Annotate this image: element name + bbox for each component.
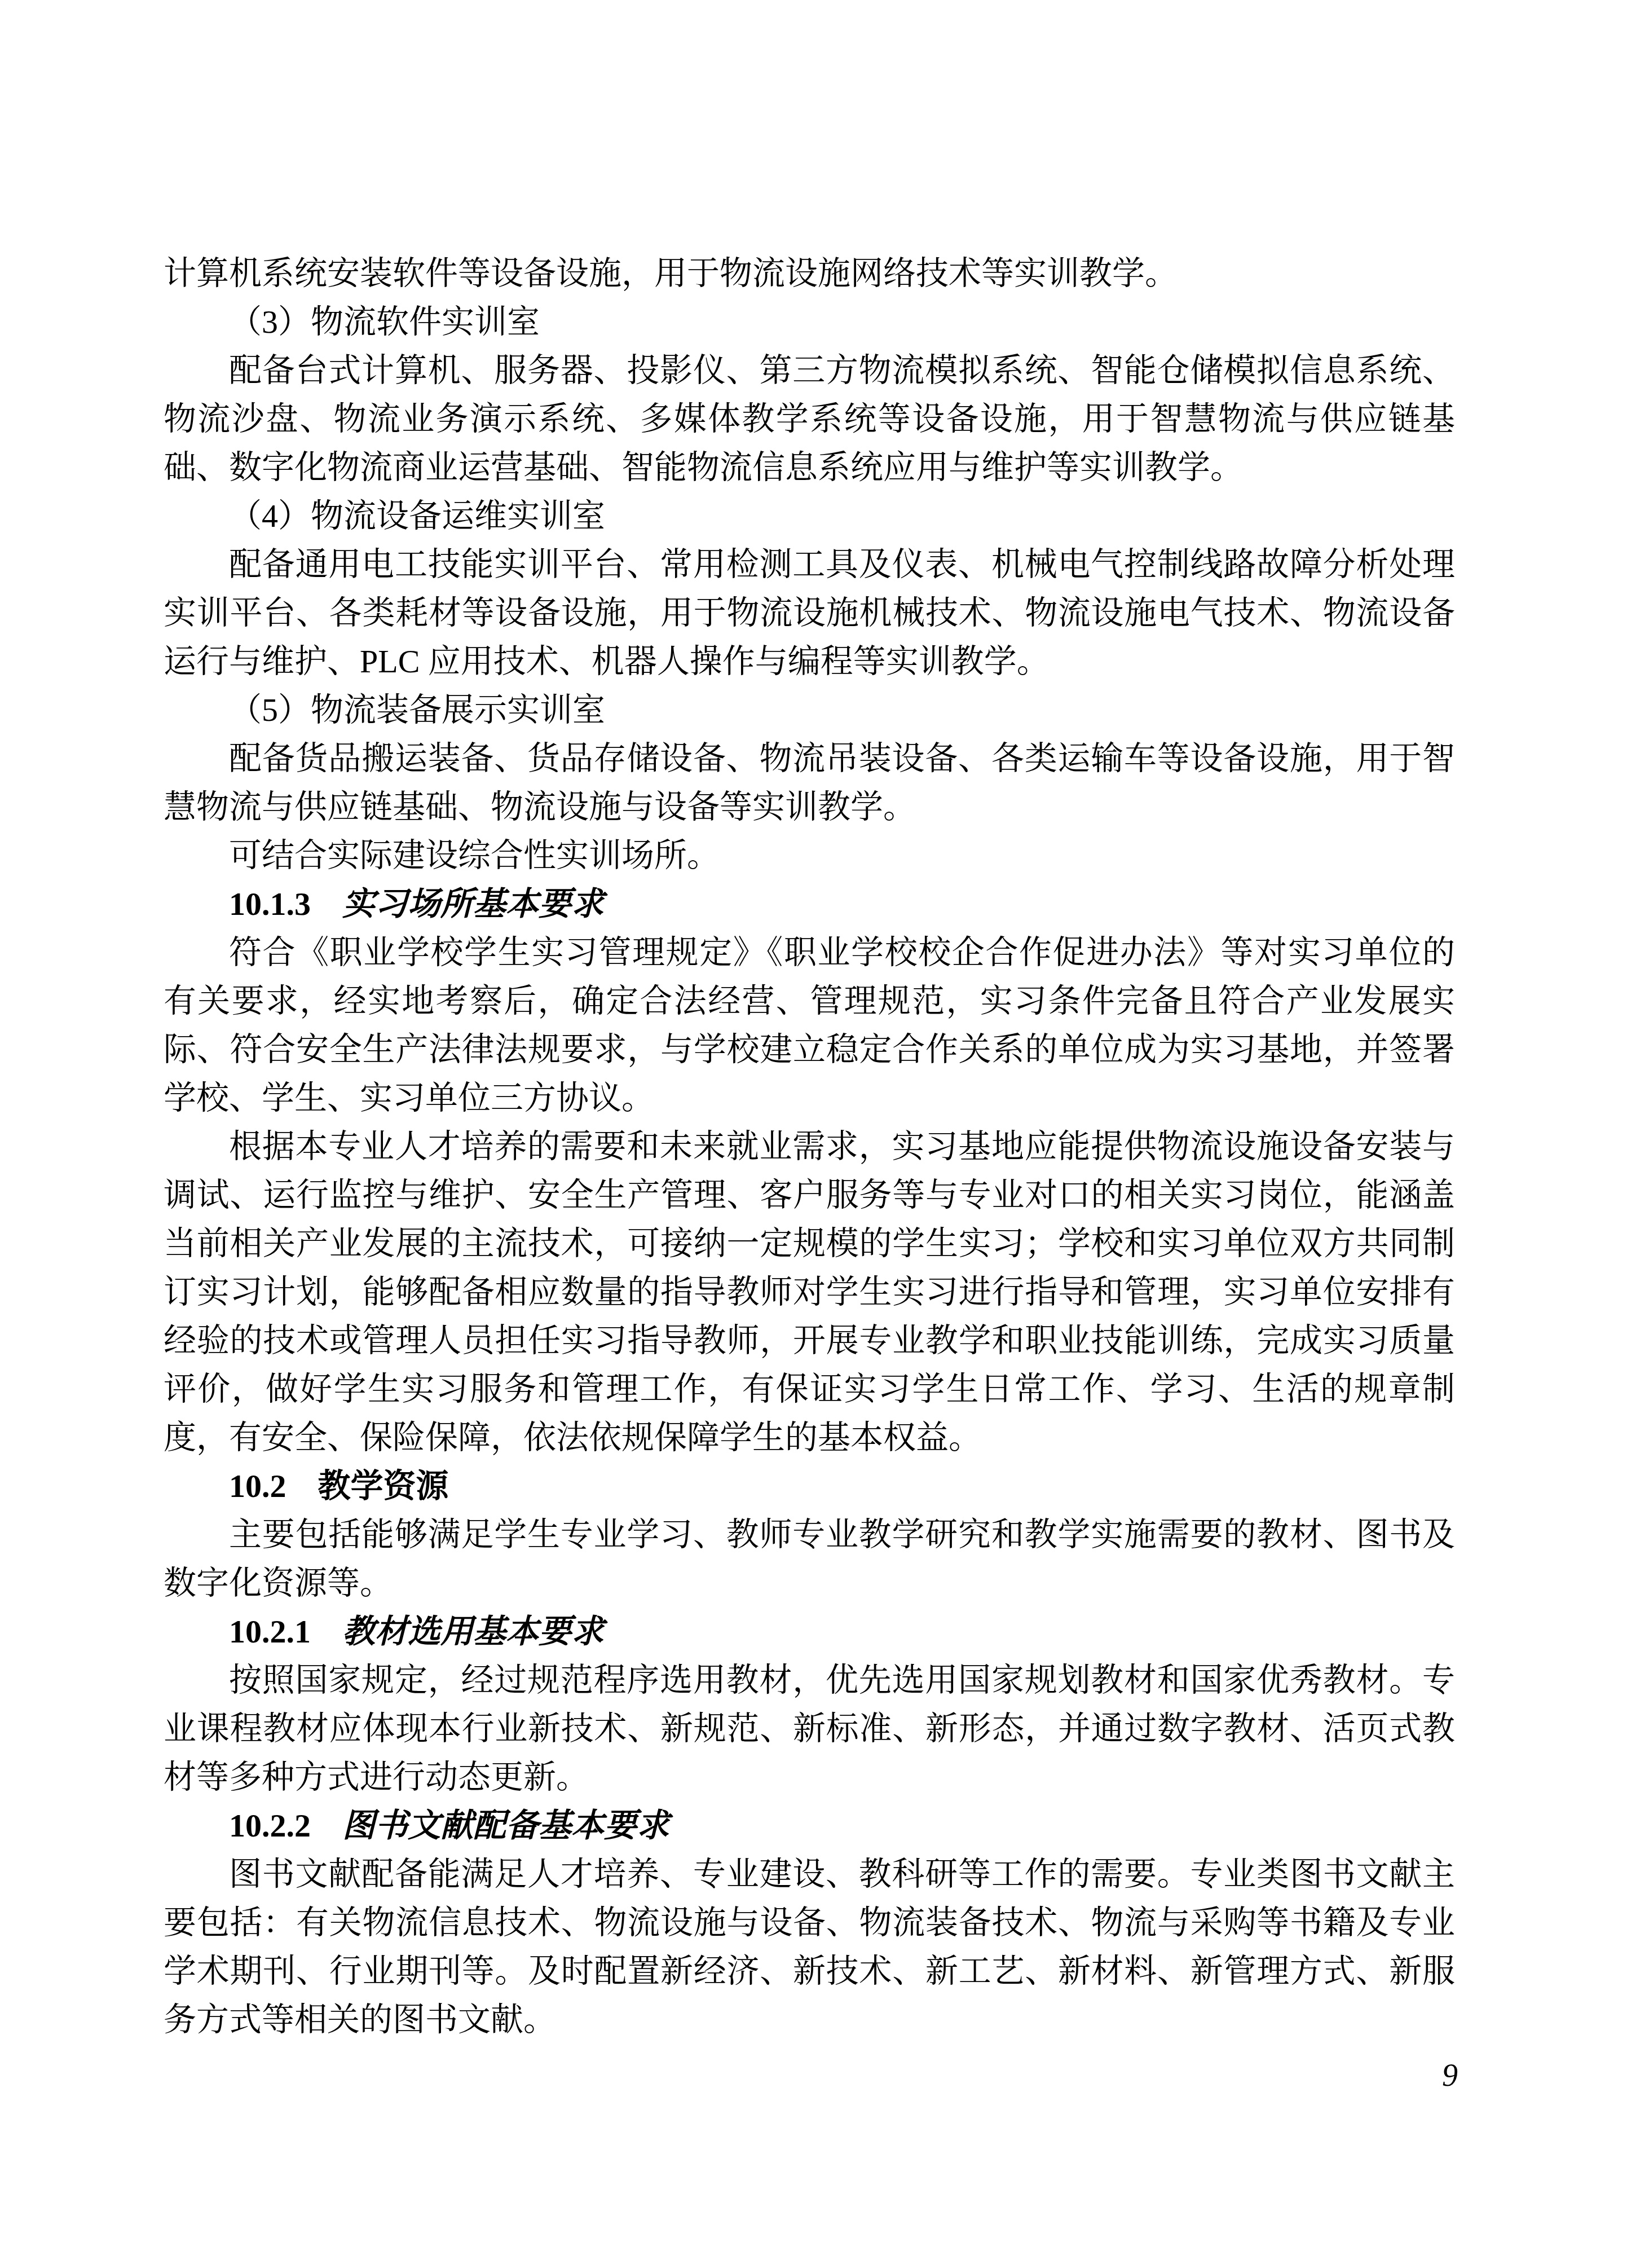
paragraph: 图书文献配备能满足人才培养、专业建设、教科研等工作的需要。专业类图书文献主要包括… [164, 1850, 1455, 2044]
section-title: 教学资源 [318, 1468, 449, 1504]
paragraph: 按照国家规定，经过规范程序选用教材，优先选用国家规划教材和国家优秀教材。专业课程… [164, 1656, 1455, 1802]
section-number: 10.1.3 [229, 886, 311, 922]
section-heading-10-1-3: 10.1.3实习场所基本要求 [164, 880, 1455, 928]
section-number: 10.2 [229, 1468, 286, 1504]
paragraph: 符合《职业学校学生实习管理规定》《职业学校校企合作促进办法》等对实习单位的有关要… [164, 928, 1455, 1122]
page-content: 计算机系统安装软件等设备设施，用于物流设施网络技术等实训教学。 （3）物流软件实… [164, 249, 1455, 2044]
paragraph: 主要包括能够满足学生专业学习、教师专业教学研究和教学实施需要的教材、图书及数字化… [164, 1510, 1455, 1608]
paragraph: 配备货品搬运装备、货品存储设备、物流吊装设备、各类运输车等设备设施，用于智慧物流… [164, 734, 1455, 831]
section-heading-10-2: 10.2教学资源 [164, 1462, 1455, 1510]
list-item-3: （3）物流软件实训室 [164, 298, 1455, 346]
section-title: 图书文献配备基本要求 [342, 1807, 669, 1844]
section-heading-10-2-1: 10.2.1教材选用基本要求 [164, 1608, 1455, 1656]
section-title: 实习场所基本要求 [342, 886, 604, 922]
paragraph: 可结合实际建设综合性实训场所。 [164, 831, 1455, 880]
section-number: 10.2.2 [229, 1807, 311, 1844]
page-number: 9 [1442, 2058, 1458, 2093]
list-item-4: （4）物流设备运维实训室 [164, 492, 1455, 540]
paragraph: 配备台式计算机、服务器、投影仪、第三方物流模拟系统、智能仓储模拟信息系统、物流沙… [164, 346, 1455, 492]
section-title: 教材选用基本要求 [342, 1613, 604, 1650]
paragraph: 根据本专业人才培养的需要和未来就业需求，实习基地应能提供物流设施设备安装与调试、… [164, 1122, 1455, 1462]
document-page: 计算机系统安装软件等设备设施，用于物流设施网络技术等实训教学。 （3）物流软件实… [0, 0, 1627, 2268]
paragraph: 配备通用电工技能实训平台、常用检测工具及仪表、机械电气控制线路故障分析处理实训平… [164, 540, 1455, 686]
page-footer: 9 [1442, 2058, 1458, 2094]
section-number: 10.2.1 [229, 1613, 311, 1650]
paragraph: 计算机系统安装软件等设备设施，用于物流设施网络技术等实训教学。 [164, 249, 1455, 298]
list-item-5: （5）物流装备展示实训室 [164, 686, 1455, 734]
section-heading-10-2-2: 10.2.2图书文献配备基本要求 [164, 1802, 1455, 1850]
